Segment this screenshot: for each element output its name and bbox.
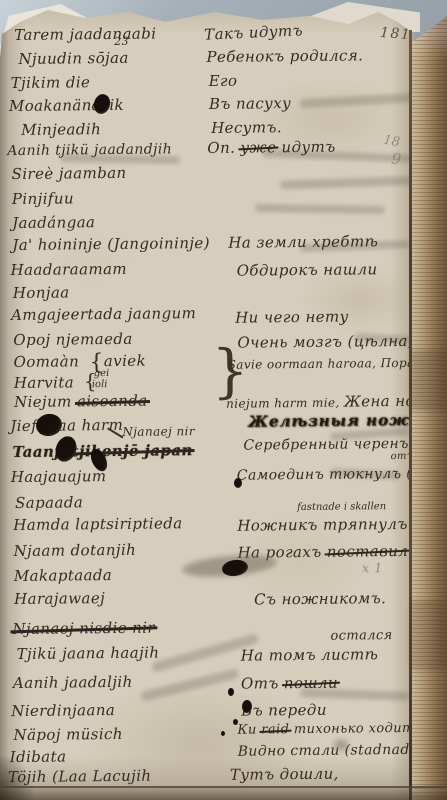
russian-translation: Несутъ.: [211, 118, 282, 137]
entry-row: 23 Tarem jaadanaabi Такъ идутъ: [0, 22, 410, 44]
native-term: Makaptaada: [14, 566, 113, 585]
entry-row: Jaadángaa: [0, 210, 412, 232]
struck-word: уже: [240, 138, 276, 156]
entry-row: Haajauajum отъ Самоединъ тюкнулъ (ушолъ): [1, 464, 415, 486]
native-term: Tjikim die: [11, 73, 91, 92]
native-term: Ja' hoininje (Jangoininje): [12, 234, 210, 254]
entry-row: Hamda laptsiriptieda fastnade i skallen …: [1, 512, 415, 534]
entry-row: Njanaej nisdie nir остался: [2, 616, 416, 638]
entry-row: Haadaraamam Обдирокъ нашли: [0, 257, 413, 279]
russian-translation: Ки raid тихонько ходитъ: [237, 721, 423, 738]
struck-word: aiseanda: [77, 392, 148, 411]
native-term: Aanih jaadaljih: [13, 673, 133, 692]
native-term: Honjaa: [13, 283, 70, 302]
ink-blot: [234, 478, 242, 488]
native-term: Minjeadih: [21, 120, 101, 139]
superscript-note: fastnade i skallen: [297, 501, 386, 513]
russian-translation: Въ переди: [241, 701, 327, 720]
fore-edge-shading: [410, 600, 447, 670]
fore-edge-shading: [410, 350, 447, 410]
native-term: Tarem jaadanaabi: [14, 25, 156, 44]
entry-row: Harajawaej Съ ножникомъ.: [2, 586, 416, 608]
native-term-variant: ioli: [92, 379, 108, 390]
entry-row: Aanih tjikü jaadandjih Оп. уже идутъ: [0, 137, 411, 159]
russian-translation: Видно стали (stadnade): [238, 742, 425, 760]
native-term: Harajawaej: [14, 589, 105, 608]
entry-row: Näpoj müsich Ки raid тихонько ходитъ: [3, 722, 417, 744]
russian-translation: Съ ножникомъ.: [254, 589, 386, 608]
page-number: 181: [379, 25, 411, 43]
ink-blot: [242, 700, 252, 713]
native-term: Tjikü jaana haajih: [17, 644, 160, 663]
russian-translation: Въ пасуху: [209, 94, 291, 113]
russian-translation: На земли хребтѣ: [228, 232, 378, 252]
entry-row: Ja' hoininje (Jangoininje) На земли хреб…: [0, 232, 412, 254]
native-term: Njuudin sōjaa: [18, 49, 129, 68]
page-edge-line: [409, 30, 412, 800]
entry-row: Idibata Видно стали (stadnade): [4, 744, 418, 766]
entry-row: Njaam dotanjih На рогахъ поставилъ: [1, 538, 415, 560]
native-term: Pinjifuu: [12, 189, 74, 208]
native-term: Opoj njemaeda: [13, 330, 133, 349]
entry-row: Jiefijilaa harm Njanaej nir Желѣзныя нож…: [0, 413, 414, 435]
manuscript-photo: 181 23 Tarem jaadanaabi Такъ идутъ Njuud…: [0, 0, 447, 800]
struck-word: пошли: [284, 674, 338, 693]
entry-row: Amgajeertada jaangum Ни чего нету: [0, 302, 413, 324]
native-term: Nierdinjaana: [11, 701, 115, 720]
native-term: Hamda laptsiriptieda: [13, 514, 182, 534]
entry-row: Njuudin sōjaa Ребенокъ родился.: [0, 46, 410, 68]
native-term: Haajauajum: [11, 467, 107, 486]
russian-translation: Ножникъ тряпнулъ: [237, 515, 408, 535]
entry-row: Honjaa х 1: [0, 280, 413, 302]
russian-translation: Его: [209, 72, 238, 90]
native-term: Harvita: [14, 373, 74, 392]
native-term-variant: gei: [94, 368, 110, 379]
native-term: Njaam dotanjih: [13, 541, 136, 560]
native-term: Niejum aiseanda: [14, 392, 148, 411]
russian-translation: Такъ идутъ: [204, 21, 303, 43]
russian-translation: Ребенокъ родился.: [206, 46, 363, 66]
russian-translation: Ни чего нету: [235, 308, 349, 327]
struck-entry: Njanaej nisdie nir: [12, 619, 155, 638]
native-term: Näpoj müsich: [13, 725, 123, 744]
bottom-page-edge: [0, 786, 447, 800]
ink-blot: [221, 731, 225, 736]
russian-translation: Желѣзныя нож.: [248, 411, 416, 431]
entry-row: Aanih jaadaljih Отъ пошли: [3, 670, 417, 692]
struck-word: поставилъ: [327, 542, 419, 561]
faint-number: 18: [382, 133, 401, 151]
entry-row: Opoj njemaeda Очень мозгъ (цѣлна): [0, 327, 413, 349]
native-term: Haadaraamam: [11, 260, 128, 279]
entry-row: Sireè jaamban: [0, 161, 412, 183]
entry-row: Pinjifuu: [0, 186, 412, 208]
russian-translation: Обдирокъ нашли: [237, 260, 378, 279]
native-term: Sapaada: [15, 493, 83, 512]
ink-blot: [233, 719, 238, 725]
native-term: Jaadángaa: [12, 213, 95, 232]
russian-translation: Тутъ дошли,: [230, 765, 339, 784]
russian-translation: Оп. уже идутъ: [207, 138, 335, 157]
entry-row: Minjeadih Несутъ.: [0, 117, 411, 139]
entry-row: Tjikim die Его: [0, 70, 411, 92]
handwritten-text: 23 Tarem jaadanaabi Такъ идутъ Njuudin s…: [0, 0, 418, 800]
entry-row: Tjikü jaana haajih На томъ листѣ: [3, 641, 417, 663]
russian-translation: На томъ листѣ: [241, 645, 379, 664]
native-term: Jiefijilaa harm: [10, 416, 123, 435]
inserted-word: Njanaej nir: [122, 424, 195, 439]
entry-row: Nierdinjaana Въ переди: [3, 698, 417, 720]
ink-smear: [334, 740, 348, 750]
struck-word: raid: [261, 722, 289, 737]
entry-row: Töjih (Laa Lacujih Тутъ дошли,: [4, 764, 418, 786]
entry-row: Niejum aiseanda niejum harm mie, Жена но…: [0, 389, 414, 411]
native-term: Amgajeertada jaangum: [11, 304, 196, 324]
russian-translation: Отъ пошли: [241, 674, 338, 693]
ink-blot: [228, 688, 234, 696]
entry-row: Moakanändrik Въ пасуху: [0, 93, 411, 115]
native-term: Sireè jaamban: [12, 164, 127, 183]
native-term: Aanih tjikü jaadandjih: [7, 141, 172, 159]
